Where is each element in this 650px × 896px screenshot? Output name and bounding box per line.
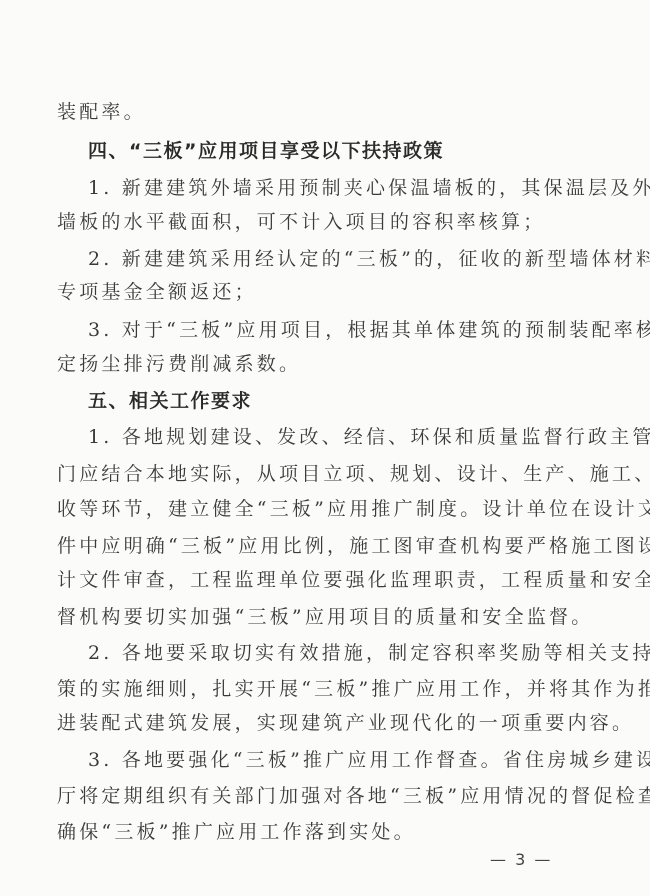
text-line: 3. 对于“三板”应用项目，根据其单体建筑的预制装配率核 bbox=[88, 318, 588, 342]
section-heading: 五、相关工作要求 bbox=[88, 389, 588, 413]
text-line: 2. 新建建筑采用经认定的“三板”的，征收的新型墙体材料 bbox=[88, 247, 588, 271]
document-page: 装配率。四、“三板”应用项目享受以下扶持政策1. 新建建筑外墙采用预制夹心保温墙… bbox=[0, 0, 650, 896]
text-line: 进装配式建筑发展，实现建筑产业现代化的一项重要内容。 bbox=[57, 711, 587, 735]
text-line: 装配率。 bbox=[57, 100, 587, 124]
text-line: 确保“三板”推广应用工作落到实处。 bbox=[57, 820, 587, 844]
text-line: 计文件审查，工程监理单位要强化监理职责，工程质量和安全监 bbox=[57, 568, 587, 592]
text-line: 1. 各地规划建设、发改、经信、环保和质量监督行政主管部 bbox=[88, 425, 588, 449]
text-line: 门应结合本地实际，从项目立项、规划、设计、生产、施工、验 bbox=[57, 462, 587, 486]
text-line: 策的实施细则，扎实开展“三板”推广应用工作，并将其作为推 bbox=[57, 677, 587, 701]
page-number: — 3 — bbox=[490, 850, 552, 869]
text-line: 1. 新建建筑外墙采用预制夹心保温墙板的，其保温层及外叶 bbox=[88, 176, 588, 200]
text-line: 墙板的水平截面积，可不计入项目的容积率核算； bbox=[57, 210, 587, 234]
text-line: 专项基金全额返还； bbox=[57, 280, 587, 304]
text-line: 厅将定期组织有关部门加强对各地“三板”应用情况的督促检查， bbox=[57, 784, 587, 808]
text-line: 督机构要切实加强“三板”应用项目的质量和安全监督。 bbox=[57, 605, 587, 629]
text-line: 收等环节，建立健全“三板”应用推广制度。设计单位在设计文 bbox=[57, 497, 587, 521]
text-line: 3. 各地要强化“三板”推广应用工作督查。省住房城乡建设 bbox=[88, 748, 588, 772]
text-line: 2. 各地要采取切实有效措施，制定容积率奖励等相关支持政 bbox=[88, 641, 588, 665]
text-line: 定扬尘排污费削减系数。 bbox=[57, 352, 587, 376]
text-line: 件中应明确“三板”应用比例，施工图审查机构要严格施工图设 bbox=[57, 534, 587, 558]
section-heading: 四、“三板”应用项目享受以下扶持政策 bbox=[88, 139, 588, 163]
